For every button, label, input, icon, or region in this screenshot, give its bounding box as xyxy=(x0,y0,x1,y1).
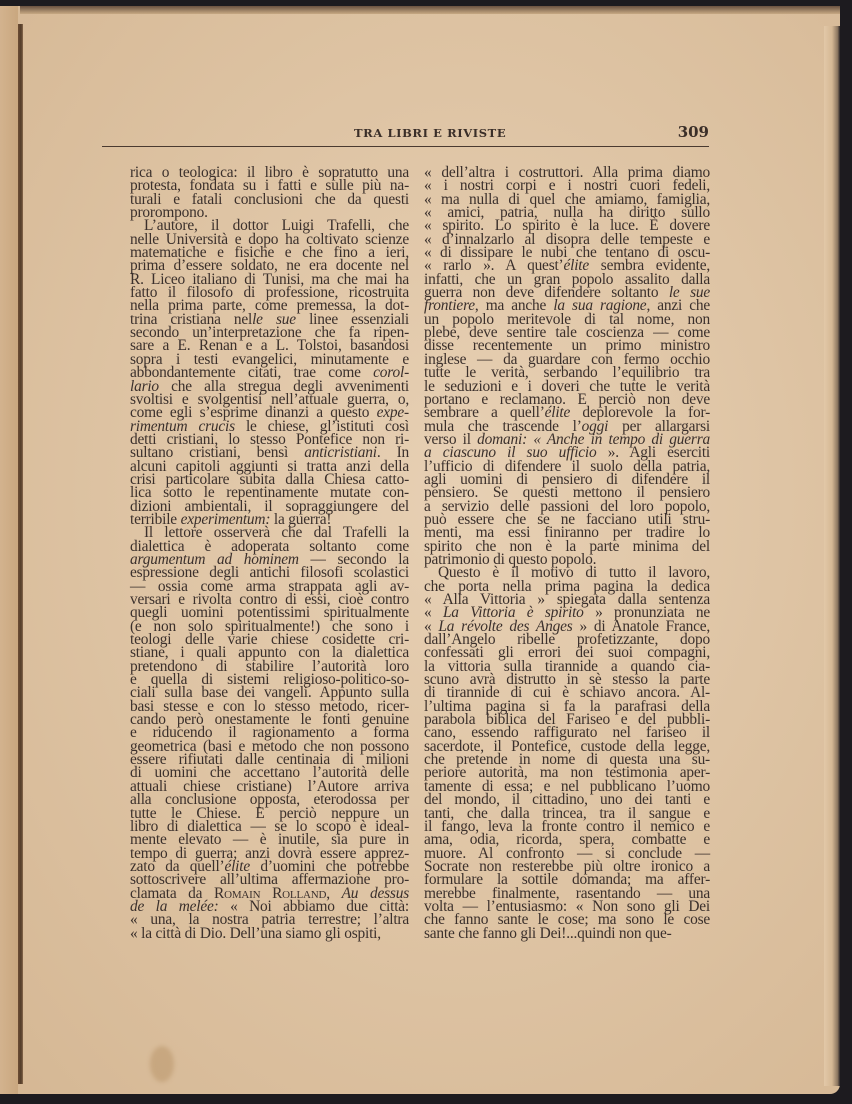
book-spine-shadow xyxy=(18,24,23,1084)
right-column: « dell’altra i costruttori. Alla prima d… xyxy=(424,166,710,940)
text-line: sante che fanno gli Dei!...quindi non qu… xyxy=(424,927,710,940)
page-number: 309 xyxy=(678,123,709,141)
book-page: TRA LIBRI E RIVISTE 309 rica o teologica… xyxy=(0,6,840,1094)
text-line: « la città di Dio. Dell’una siamo gli os… xyxy=(130,927,409,940)
page-right-edge xyxy=(824,26,840,1086)
previous-page-edge xyxy=(0,6,18,1094)
page-header: TRA LIBRI E RIVISTE 309 xyxy=(102,124,709,147)
left-column: rica o teologica: il libro è sopratutto … xyxy=(130,166,409,940)
paper-stain xyxy=(150,1046,174,1082)
running-head: TRA LIBRI E RIVISTE xyxy=(354,126,506,140)
page-top-edge xyxy=(20,6,840,14)
